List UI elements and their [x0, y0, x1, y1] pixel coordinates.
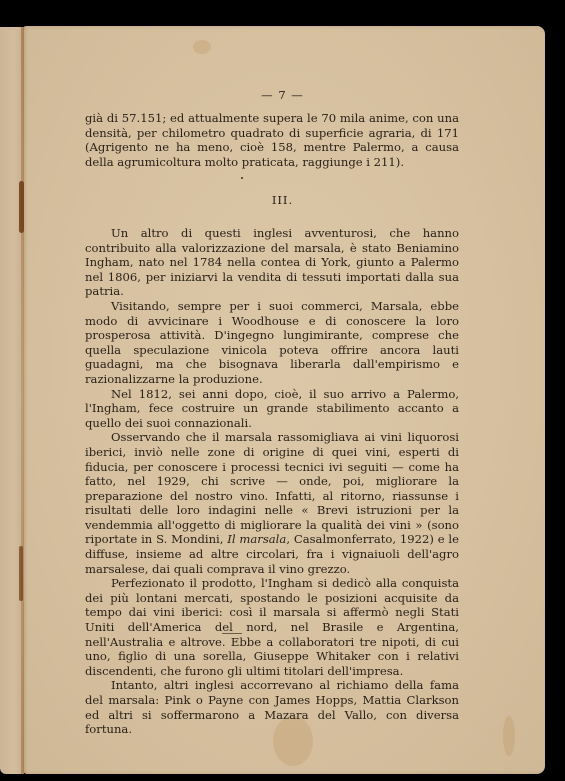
paragraph: già di 57.151; ed attualmente supera le …: [85, 111, 459, 169]
paragraph: Nel 1812, sei anni dopo, cioè, il suo ar…: [85, 387, 459, 431]
section-heading: III.: [0, 193, 565, 207]
paragraph-text: Osservando che il marsala rassomigliava …: [85, 430, 459, 546]
stain: [503, 716, 515, 756]
ink-dot: [241, 177, 243, 179]
body-text: Un altro di questi inglesi avventurosi, …: [85, 226, 459, 737]
paragraph: Un altro di questi inglesi avventurosi, …: [85, 226, 459, 299]
end-rule: [222, 633, 242, 634]
paragraph: Visitando, sempre per i suoi commerci, M…: [85, 299, 459, 387]
paragraph: Intanto, altri inglesi accorrevano al ri…: [85, 678, 459, 736]
book-title: Il marsala: [227, 532, 286, 546]
paragraph-continuation: già di 57.151; ed attualmente supera le …: [85, 111, 459, 169]
stain: [193, 40, 211, 54]
page-fold: [21, 27, 24, 774]
paragraph: Perfezionato il prodotto, l'Ingham si de…: [85, 576, 459, 678]
gutter-stain: [19, 546, 23, 601]
page-number: — 7 —: [0, 88, 565, 102]
gutter-stain: [19, 181, 24, 233]
paragraph: Osservando che il marsala rassomigliava …: [85, 430, 459, 576]
